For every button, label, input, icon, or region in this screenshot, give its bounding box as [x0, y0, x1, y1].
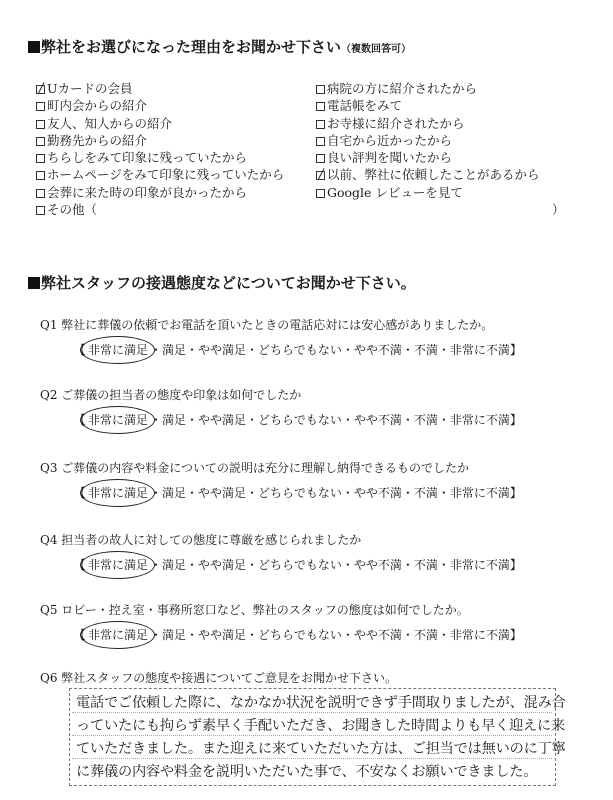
section-reasons-heading: 弊社をお選びになった理由をお聞かせ下さい（複数回答可）	[28, 36, 411, 57]
checkbox-icon[interactable]	[316, 189, 325, 198]
selected-answer-circle[interactable]: 非常に満足	[86, 556, 150, 573]
option-other[interactable]: その他（	[36, 201, 284, 218]
selected-answer-circle[interactable]: 非常に満足	[86, 484, 150, 501]
rating-scale-q5: 【非常に満足・満足・やや満足・どちらでもない・やや不満・不満・非常に不満】	[74, 626, 522, 643]
checkbox-icon[interactable]	[36, 102, 45, 111]
rating-scale-q4: 【非常に満足・満足・やや満足・どちらでもない・やや不満・不満・非常に不満】	[74, 556, 522, 573]
question-q2: Q2 ご葬儀の担当者の態度や印象は如何でしたか	[40, 386, 301, 403]
checkbox-icon[interactable]	[36, 206, 45, 215]
selected-answer-circle[interactable]: 非常に満足	[86, 411, 150, 428]
checkbox-icon[interactable]	[316, 102, 325, 111]
rating-scale-q2: 【非常に満足・満足・やや満足・どちらでもない・やや不満・不満・非常に不満】	[74, 411, 522, 428]
checkbox-checked-icon[interactable]	[316, 171, 325, 180]
checkbox-icon[interactable]	[36, 189, 45, 198]
checkbox-icon[interactable]	[36, 120, 45, 129]
reasons-right-column: 病院の方に紹介されたから 電話帳をみて お寺様に紹介されたから 自宅から近かった…	[316, 80, 540, 201]
option-reputation[interactable]: 良い評判を聞いたから	[316, 149, 540, 166]
question-q6: Q6 弊社スタッフの態度や接遇についてご意見をお聞かせ下さい。	[40, 669, 397, 686]
checkbox-icon[interactable]	[316, 137, 325, 146]
square-bullet-icon	[28, 41, 40, 53]
option-google-review[interactable]: Google レビューを見て	[316, 184, 540, 201]
checkbox-icon[interactable]	[36, 154, 45, 163]
ruled-line	[72, 712, 552, 713]
checkbox-icon[interactable]	[316, 120, 325, 129]
reasons-left-column: Uカードの会員 町内会からの紹介 友人、知人からの紹介 勤務先からの紹介 ちらし…	[36, 80, 284, 218]
square-bullet-icon	[28, 277, 40, 289]
option-ucard[interactable]: Uカードの会員	[36, 80, 284, 97]
option-workplace[interactable]: 勤務先からの紹介	[36, 132, 284, 149]
rating-scale-q3: 【非常に満足・満足・やや満足・どちらでもない・やや不満・不満・非常に不満】	[74, 484, 522, 501]
section-staff-heading: 弊社スタッフの接遇態度などについてお聞かせ下さい。	[28, 272, 416, 293]
rating-scale-q1: 【非常に満足・満足・やや満足・どちらでもない・やや不満・不満・非常に不満】	[74, 341, 522, 358]
ruled-line	[72, 735, 552, 736]
checkbox-checked-icon[interactable]	[36, 85, 45, 94]
comment-line-4: に葬儀の内容や料金を説明いただいた事で、不安なくお願いできました。	[76, 761, 537, 781]
option-hospital[interactable]: 病院の方に紹介されたから	[316, 80, 540, 97]
ruled-line	[72, 758, 552, 759]
option-neighborhood[interactable]: 町内会からの紹介	[36, 97, 284, 114]
checkbox-icon[interactable]	[36, 137, 45, 146]
option-homepage[interactable]: ホームページをみて印象に残っていたから	[36, 166, 284, 183]
option-funeral-visit[interactable]: 会葬に来た時の印象が良かったから	[36, 184, 284, 201]
checkbox-icon[interactable]	[316, 154, 325, 163]
comment-line-3: ていただきました。また迎えに来ていただいた方は、ご担当では無いのに丁寧	[76, 738, 566, 758]
option-flyer[interactable]: ちらしをみて印象に残っていたから	[36, 149, 284, 166]
other-close-paren: ）	[552, 201, 565, 218]
question-q5: Q5 ロビー・控え室・事務所窓口など、弊社のスタッフの態度は如何でしたか。	[40, 601, 469, 618]
question-q4: Q4 担当者の故人に対しての態度に尊厳を感じられましたか	[40, 531, 361, 548]
checkbox-icon[interactable]	[316, 85, 325, 94]
multiple-answers-note: （複数回答可）	[341, 44, 411, 55]
option-friend[interactable]: 友人、知人からの紹介	[36, 115, 284, 132]
question-q3: Q3 ご葬儀の内容や料金についての説明は充分に理解し納得できるものでしたか	[40, 459, 469, 476]
selected-answer-circle[interactable]: 非常に満足	[86, 341, 150, 358]
section-reasons-title: 弊社をお選びになった理由をお聞かせ下さい	[41, 38, 341, 56]
section-staff-title: 弊社スタッフの接遇態度などについてお聞かせ下さい。	[41, 274, 416, 292]
comment-line-2: っていたにも拘らず素早く手配いただき、お聞きした時間よりも早く迎えに来	[76, 715, 565, 735]
selected-answer-circle[interactable]: 非常に満足	[86, 626, 150, 643]
question-q1: Q1 弊社に葬儀の依頼でお電話を頂いたときの電話応対には安心感がありましたか。	[40, 316, 493, 333]
option-temple[interactable]: お寺様に紹介されたから	[316, 115, 540, 132]
option-phonebook[interactable]: 電話帳をみて	[316, 97, 540, 114]
option-previous[interactable]: 以前、弊社に依頼したことがあるから	[316, 166, 540, 183]
comment-line-1: 電話でご依頼した際に、なかなか状況を説明できず手間取りましたが、混み合	[76, 692, 566, 712]
option-near-home[interactable]: 自宅から近かったから	[316, 132, 540, 149]
checkbox-icon[interactable]	[36, 171, 45, 180]
